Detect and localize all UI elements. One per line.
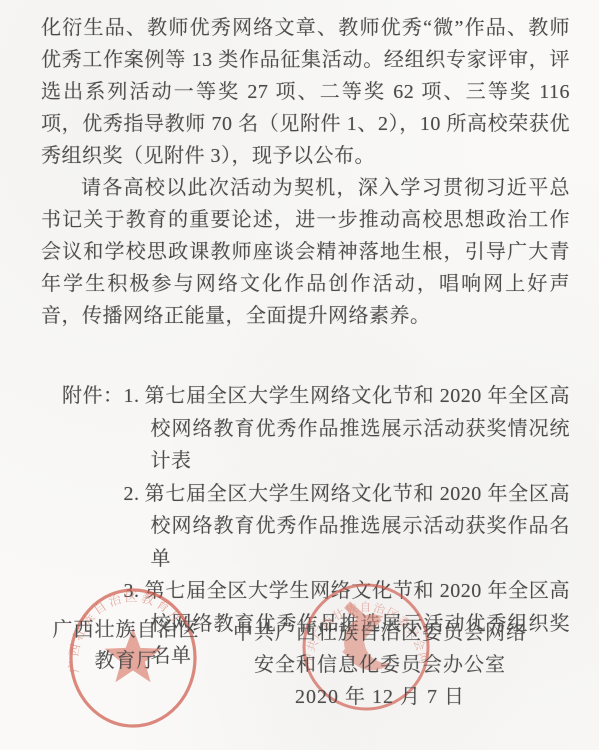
signature-area: 广西壮族自治区教育厅 广西壮族自治区 教育厅 中共广西壮族自治区委员会网络安全和… [41, 575, 570, 750]
attachments-label: 附件： [62, 380, 124, 413]
attachment-title: 第七届全区大学生网络文化节和 2020 年全区高校网络教育优秀作品推选展示活动获… [145, 483, 571, 570]
signature-org-line: 中共广西壮族自治区委员会网络 [227, 617, 533, 649]
signature-org-line: 安全和信息化委员会办公室 [227, 649, 533, 681]
signature-org-right: 中共广西壮族自治区委员会网络 安全和信息化委员会办公室 2020 年 12 月 … [227, 617, 533, 713]
body-paragraph-continuation: 化衍生品、教师优秀网络文章、教师优秀“微”作品、教师优秀工作案例等 13 类作品… [41, 12, 570, 172]
attachment-title: 第七届全区大学生网络文化节和 2020 年全区高校网络教育优秀作品推选展示活动获… [145, 385, 571, 472]
body-paragraph: 请各高校以此次活动为契机，深入学习贯彻习近平总书记关于教育的重要论述，进一步推动… [41, 172, 570, 332]
signature-org-left: 广西壮族自治区 教育厅 [41, 615, 211, 677]
attachment-number: 1. [124, 385, 140, 407]
scanned-official-document-page: 化衍生品、教师优秀网络文章、教师优秀“微”作品、教师优秀工作案例等 13 类作品… [0, 0, 599, 750]
signature-org-line: 教育厅 [41, 646, 211, 677]
attachment-item-2: 2.第七届全区大学生网络文化节和 2020 年全区高校网络教育优秀作品推选展示活… [124, 478, 571, 576]
attachment-item-1: 1.第七届全区大学生网络文化节和 2020 年全区高校网络教育优秀作品推选展示活… [124, 380, 571, 478]
attachment-number: 2. [124, 483, 140, 505]
signature-org-line: 广西壮族自治区 [41, 615, 211, 646]
signature-date: 2020 年 12 月 7 日 [227, 681, 533, 713]
